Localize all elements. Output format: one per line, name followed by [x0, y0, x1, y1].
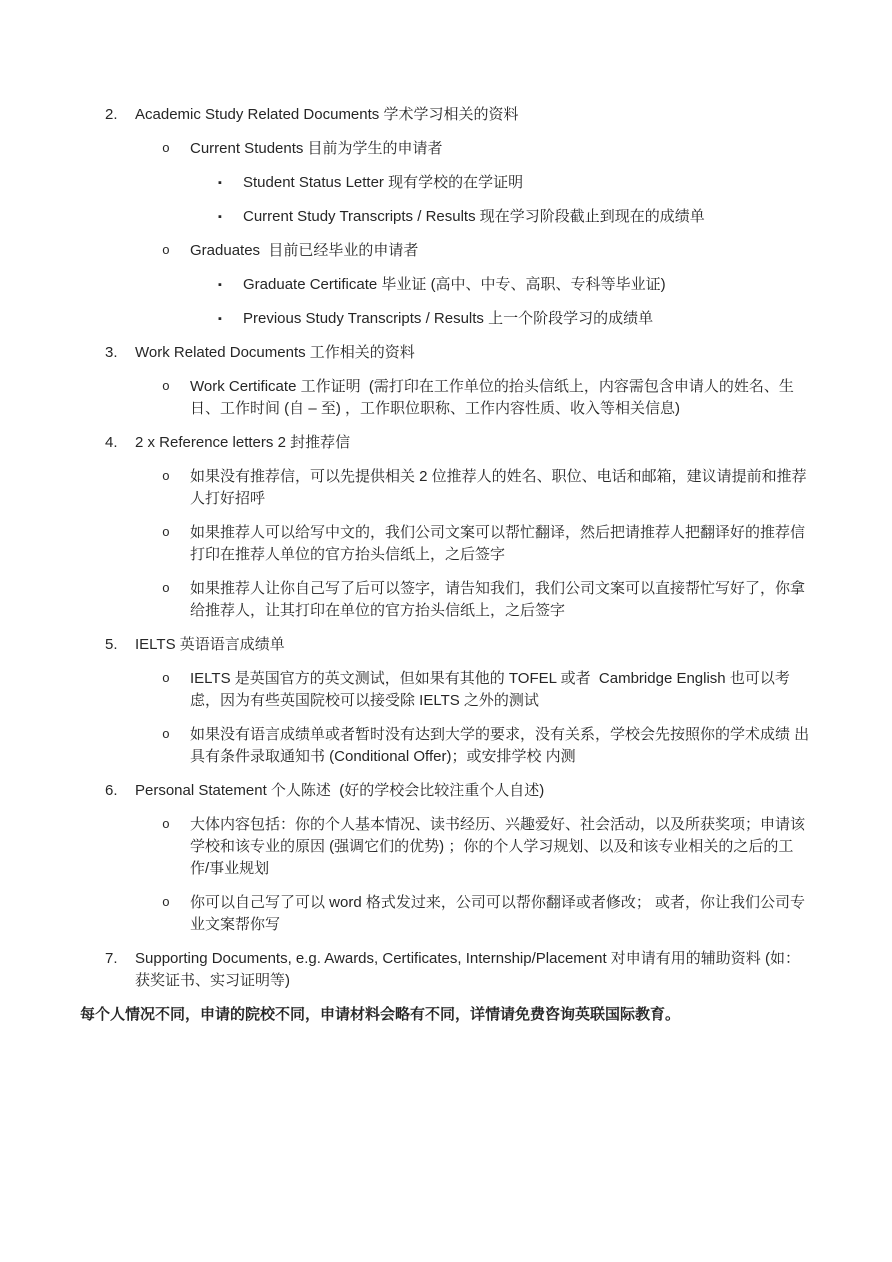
item-text: Work Related Documents 工作相关的资料 — [135, 342, 812, 364]
list-item-l3: ▪ Current Study Transcripts / Results 现在… — [0, 206, 812, 228]
item-text: Work Certificate 工作证明 (需打印在工作单位的抬头信纸上，内容… — [190, 376, 812, 420]
list-item-l3: ▪ Student Status Letter 现有学校的在学证明 — [0, 172, 812, 194]
item-text: 你可以自己写了可以 word 格式发过来，公司可以帮你翻译或者修改； 或者，你让… — [190, 892, 812, 936]
list-item-l2: o 如果没有语言成绩单或者暂时没有达到大学的要求，没有关系，学校会先按照你的学术… — [0, 724, 812, 768]
circle-bullet-marker: o — [162, 522, 190, 566]
list-item-l2: o 如果推荐人可以给写中文的，我们公司文案可以帮忙翻译，然后把请推荐人把翻译好的… — [0, 522, 812, 566]
list-item-l1: 5. IELTS 英语语言成绩单 — [0, 634, 812, 656]
list-item-l2: o 如果推荐人让你自己写了后可以签字，请告知我们，我们公司文案可以直接帮忙写好了… — [0, 578, 812, 622]
list-item-l2: o 如果没有推荐信，可以先提供相关 2 位推荐人的姓名、职位、电话和邮箱，建议请… — [0, 466, 812, 510]
circle-bullet-marker: o — [162, 376, 190, 420]
document-page: 2. Academic Study Related Documents 学术学习… — [0, 0, 892, 1262]
square-bullet-marker: ▪ — [218, 172, 243, 194]
item-number: 3. — [105, 342, 135, 364]
list-item-l1: 6. Personal Statement 个人陈述 (好的学校会比较注重个人自… — [0, 780, 812, 802]
item-number: 2. — [105, 104, 135, 126]
circle-bullet-marker: o — [162, 240, 190, 262]
item-text: Previous Study Transcripts / Results 上一个… — [243, 308, 812, 330]
square-bullet-marker: ▪ — [218, 308, 243, 330]
list-item-l2: o 大体内容包括：你的个人基本情况、读书经历、兴趣爱好、社会活动，以及所获奖项；… — [0, 814, 812, 880]
item-text: Supporting Documents, e.g. Awards, Certi… — [135, 948, 812, 992]
list-item-l1: 3. Work Related Documents 工作相关的资料 — [0, 342, 812, 364]
item-number: 7. — [105, 948, 135, 992]
item-text: IELTS 英语语言成绩单 — [135, 634, 812, 656]
list-item-l3: ▪ Previous Study Transcripts / Results 上… — [0, 308, 812, 330]
item-text: Student Status Letter 现有学校的在学证明 — [243, 172, 812, 194]
item-number: 5. — [105, 634, 135, 656]
circle-bullet-marker: o — [162, 892, 190, 936]
list-item-l2: o IELTS 是英国官方的英文测试，但如果有其他的 TOFEL 或者 Camb… — [0, 668, 812, 712]
item-number: 6. — [105, 780, 135, 802]
list-item-l2: o Work Certificate 工作证明 (需打印在工作单位的抬头信纸上，… — [0, 376, 812, 420]
list-item-l2: o Current Students 目前为学生的申请者 — [0, 138, 812, 160]
list-item-l2: o Graduates 目前已经毕业的申请者 — [0, 240, 812, 262]
list-item-l1: 2. Academic Study Related Documents 学术学习… — [0, 104, 812, 126]
circle-bullet-marker: o — [162, 814, 190, 880]
item-number: 4. — [105, 432, 135, 454]
circle-bullet-marker: o — [162, 724, 190, 768]
item-text: 如果推荐人可以给写中文的，我们公司文案可以帮忙翻译，然后把请推荐人把翻译好的推荐… — [190, 522, 812, 566]
item-text: 如果推荐人让你自己写了后可以签字，请告知我们，我们公司文案可以直接帮忙写好了，你… — [190, 578, 812, 622]
square-bullet-marker: ▪ — [218, 206, 243, 228]
item-text: Graduates 目前已经毕业的申请者 — [190, 240, 812, 262]
circle-bullet-marker: o — [162, 578, 190, 622]
circle-bullet-marker: o — [162, 668, 190, 712]
item-text: 大体内容包括：你的个人基本情况、读书经历、兴趣爱好、社会活动，以及所获奖项；申请… — [190, 814, 812, 880]
item-text: IELTS 是英国官方的英文测试，但如果有其他的 TOFEL 或者 Cambri… — [190, 668, 812, 712]
list-item-l3: ▪ Graduate Certificate 毕业证 (高中、中专、高职、专科等… — [0, 274, 812, 296]
item-text: Current Students 目前为学生的申请者 — [190, 138, 812, 160]
item-text: 如果没有语言成绩单或者暂时没有达到大学的要求，没有关系，学校会先按照你的学术成绩… — [190, 724, 812, 768]
list-item-l1: 7. Supporting Documents, e.g. Awards, Ce… — [0, 948, 812, 992]
item-text: 如果没有推荐信，可以先提供相关 2 位推荐人的姓名、职位、电话和邮箱，建议请提前… — [190, 466, 812, 510]
item-text: Academic Study Related Documents 学术学习相关的… — [135, 104, 812, 126]
circle-bullet-marker: o — [162, 466, 190, 510]
item-text: Personal Statement 个人陈述 (好的学校会比较注重个人自述) — [135, 780, 812, 802]
list-item-l1: 4. 2 x Reference letters 2 封推荐信 — [0, 432, 812, 454]
item-text: 2 x Reference letters 2 封推荐信 — [135, 432, 812, 454]
item-text: Graduate Certificate 毕业证 (高中、中专、高职、专科等毕业… — [243, 274, 812, 296]
circle-bullet-marker: o — [162, 138, 190, 160]
square-bullet-marker: ▪ — [218, 274, 243, 296]
item-text: Current Study Transcripts / Results 现在学习… — [243, 206, 812, 228]
list-item-l2: o 你可以自己写了可以 word 格式发过来，公司可以帮你翻译或者修改； 或者，… — [0, 892, 812, 936]
closing-note: 每个人情况不同，申请的院校不同，申请材料会略有不同，详情请免费咨询英联国际教育。 — [0, 1004, 812, 1026]
